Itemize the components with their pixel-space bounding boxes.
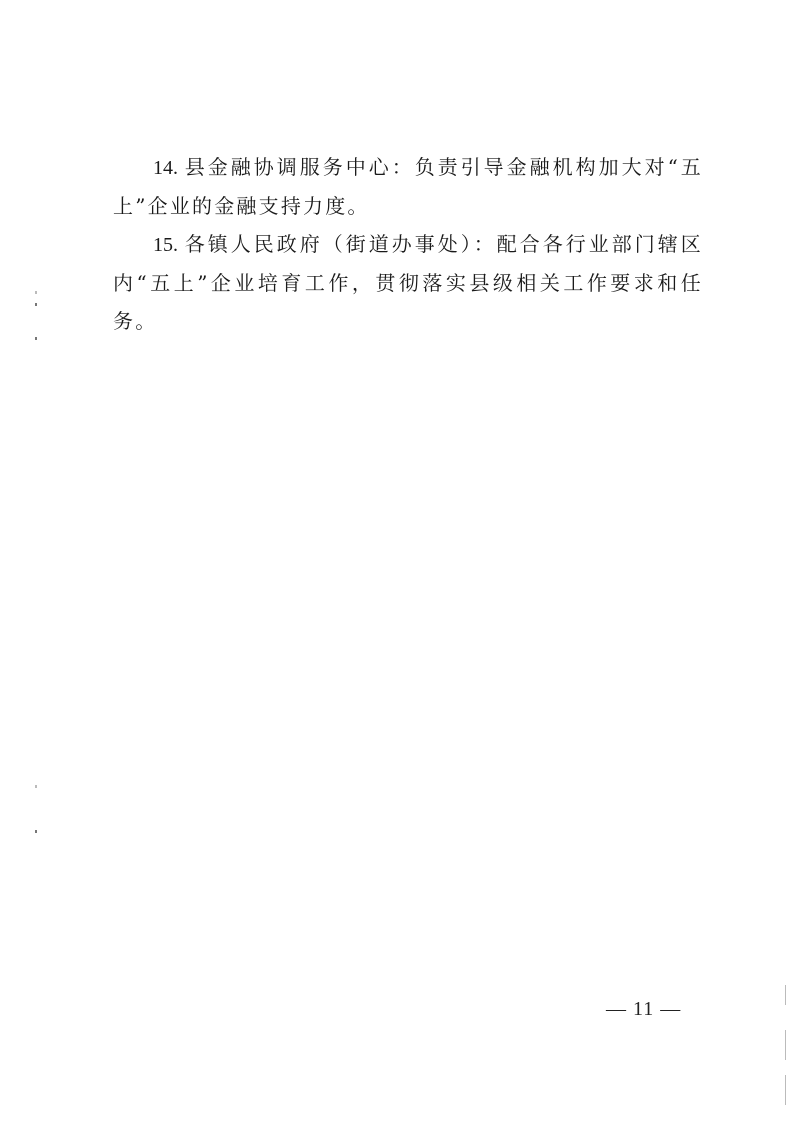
scan-mark (35, 337, 37, 340)
page-number: — 11 — (606, 998, 681, 1021)
scan-mark (785, 1030, 786, 1060)
document-page: 14.县金融协调服务中心：负责引导金融机构加大对“五上”企业的金融支持力度。 1… (0, 0, 794, 1122)
scan-mark (35, 291, 37, 294)
item-text: 各镇人民政府（街道办事处）：配合各行业部门辖区内“五上”企业培育工作，贯彻落实县… (113, 232, 703, 333)
item-number: 15. (153, 234, 178, 256)
paragraph-item-15: 15.各镇人民政府（街道办事处）：配合各行业部门辖区内“五上”企业培育工作，贯彻… (113, 225, 703, 340)
item-number: 14. (153, 157, 178, 179)
scan-mark (785, 1075, 786, 1105)
scan-mark (35, 830, 37, 833)
item-text: 县金融协调服务中心：负责引导金融机构加大对“五上”企业的金融支持力度。 (113, 155, 703, 218)
scan-mark (785, 985, 786, 1005)
paragraph-item-14: 14.县金融协调服务中心：负责引导金融机构加大对“五上”企业的金融支持力度。 (113, 148, 703, 225)
scan-mark (35, 785, 37, 788)
scan-mark (35, 303, 37, 306)
document-body: 14.县金融协调服务中心：负责引导金融机构加大对“五上”企业的金融支持力度。 1… (113, 148, 703, 340)
